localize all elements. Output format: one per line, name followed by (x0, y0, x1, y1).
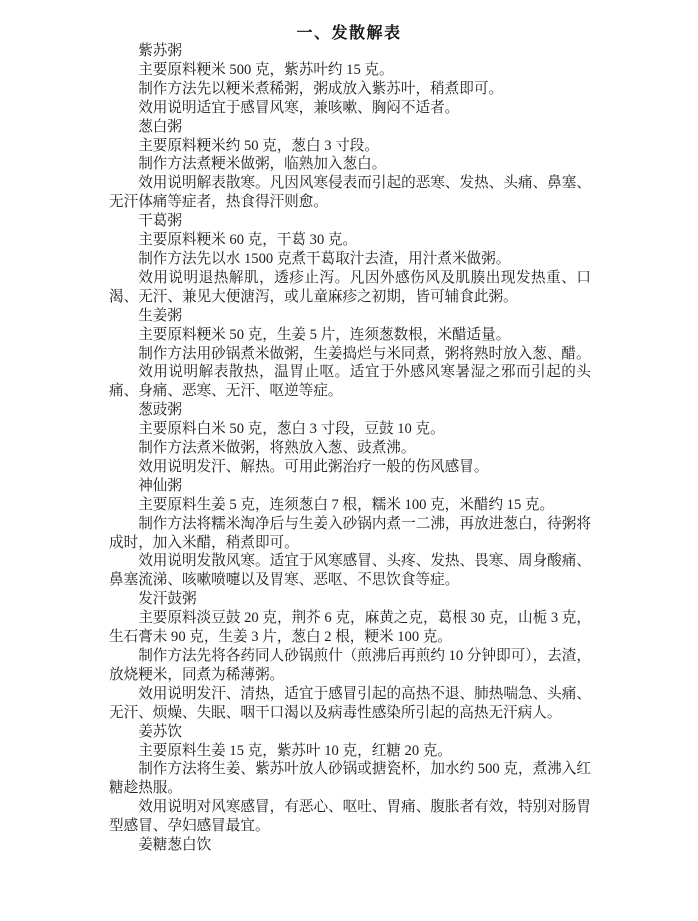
recipe-title: 葱白粥 (109, 118, 591, 137)
recipe-section: 生姜粥 主要原料粳米 50 克，生姜 5 片，连须葱数根，米醋适量。制作方法用砂… (109, 307, 591, 402)
recipe-section: 神仙粥 主要原料生姜 5 克，连须葱白 7 根，糯米 100 克，米醋约 15 … (109, 477, 591, 590)
recipe-paragraph: 效用说明发汗、清热，适宜于感冒引起的高热不退、肺热喘急、头痛、无汗、烦燥、失眠、… (109, 685, 591, 723)
recipe-section: 干葛粥 主要原料粳米 60 克，干葛 30 克。制作方法先以水 1500 克煮干… (109, 212, 591, 307)
recipe-title: 葱豉粥 (109, 401, 591, 420)
recipe-paragraph: 效用说明解表散寒。凡因风寒侵表而引起的恶寒、发热、头痛、鼻塞、无汗体痛等症者，热… (109, 174, 591, 212)
recipe-section: 姜苏饮 主要原料生姜 15 克，紫苏叶 10 克，红糖 20 克。制作方法将生姜… (109, 723, 591, 836)
recipe-title: 发汗鼓粥 (109, 590, 591, 609)
recipe-paragraph: 主要原料粳米 60 克，干葛 30 克。 (109, 231, 591, 250)
recipe-section: 葱豉粥 主要原料白米 50 克，葱白 3 寸段，豆鼓 10 克。制作方法煮米做粥… (109, 401, 591, 477)
recipe-paragraph: 制作方法将糯米淘净后与生姜入砂锅内煮一二沸，再放进葱白，待粥将成时，加入米醋，稍… (109, 515, 591, 553)
recipe-paragraph: 主要原料白米 50 克，葱白 3 寸段，豆鼓 10 克。 (109, 420, 591, 439)
recipe-paragraph: 制作方法将生姜、紫苏叶放人砂锅或搪瓷杯，加水约 500 克，煮沸入红糖趁热服。 (109, 760, 591, 798)
recipe-title: 紫苏粥 (109, 42, 591, 61)
recipe-section: 葱白粥 主要原料粳米约 50 克，葱白 3 寸段。制作方法煮粳米做粥，临熟加入葱… (109, 118, 591, 213)
recipe-paragraph: 主要原料粳米 50 克，生姜 5 片，连须葱数根，米醋适量。 (109, 326, 591, 345)
recipe-paragraph: 效用说明发散风寒。适宜于风寒感冒、头疼、发热、畏寒、周身酸痛、鼻塞流涕、咳嗽喷嚏… (109, 552, 591, 590)
recipe-title: 干葛粥 (109, 212, 591, 231)
recipe-paragraph: 主要原料粳米约 50 克，葱白 3 寸段。 (109, 137, 591, 156)
recipe-paragraph: 制作方法煮米做粥，将熟放入葱、豉煮沸。 (109, 439, 591, 458)
recipe-section: 姜糖葱白饮 (109, 836, 591, 855)
recipe-title: 生姜粥 (109, 307, 591, 326)
recipe-paragraph: 主要原料粳米 500 克，紫苏叶约 15 克。 (109, 61, 591, 80)
recipe-paragraph: 制作方法用砂锅煮米做粥，生姜捣烂与米同煮，粥将熟时放入葱、醋。 (109, 345, 591, 364)
recipe-section: 紫苏粥 主要原料粳米 500 克，紫苏叶约 15 克。制作方法先以粳米煮稀粥，粥… (109, 42, 591, 118)
document-page: 一、发散解表 紫苏粥 主要原料粳米 500 克，紫苏叶约 15 克。制作方法先以… (0, 0, 698, 921)
recipe-title: 姜糖葱白饮 (109, 836, 591, 855)
page-title: 一、发散解表 (0, 23, 698, 42)
recipe-paragraph: 制作方法煮粳米做粥，临熟加入葱白。 (109, 155, 591, 174)
recipe-paragraph: 主要原料淡豆鼓 20 克，荆芥 6 克，麻黄之克，葛根 30 克，山栀 3 克，… (109, 609, 591, 647)
recipe-paragraph: 效用说明解表散热，温胃止呕。适宜于外感风寒暑湿之邪而引起的头痛、身痛、恶寒、无汗… (109, 363, 591, 401)
recipe-title: 神仙粥 (109, 477, 591, 496)
recipe-paragraph: 效用说明退热解肌，透疹止泻。凡因外感伤风及肌腠出现发热重、口渴、无汗、兼见大便溏… (109, 269, 591, 307)
recipe-paragraph: 主要原料生姜 15 克，紫苏叶 10 克，红糖 20 克。 (109, 742, 591, 761)
recipe-paragraph: 制作方法先以水 1500 克煮干葛取汁去渣，用汁煮米做粥。 (109, 250, 591, 269)
recipe-paragraph: 制作方法先以粳米煮稀粥，粥成放入紫苏叶，稍煮即可。 (109, 80, 591, 99)
recipe-paragraph: 制作方法先将各药同人砂锅煎什（煎沸后再煎约 10 分钟即可），去渣，放烧粳米，同… (109, 647, 591, 685)
recipe-paragraph: 效用说明对风寒感冒，有恶心、呕吐、胃痛、腹胀者有效，特别对肠胃型感冒、孕妇感冒最… (109, 798, 591, 836)
recipe-paragraph: 主要原料生姜 5 克，连须葱白 7 根，糯米 100 克，米醋约 15 克。 (109, 496, 591, 515)
recipe-title: 姜苏饮 (109, 723, 591, 742)
recipe-section: 发汗鼓粥 主要原料淡豆鼓 20 克，荆芥 6 克，麻黄之克，葛根 30 克，山栀… (109, 590, 591, 722)
recipe-paragraph: 效用说明发汗、解热。可用此粥治疗一般的伤风感冒。 (109, 458, 591, 477)
recipe-paragraph: 效用说明适宜于感冒风寒，兼咳嗽、胸闷不适者。 (109, 99, 591, 118)
document-body: 紫苏粥 主要原料粳米 500 克，紫苏叶约 15 克。制作方法先以粳米煮稀粥，粥… (109, 42, 591, 855)
